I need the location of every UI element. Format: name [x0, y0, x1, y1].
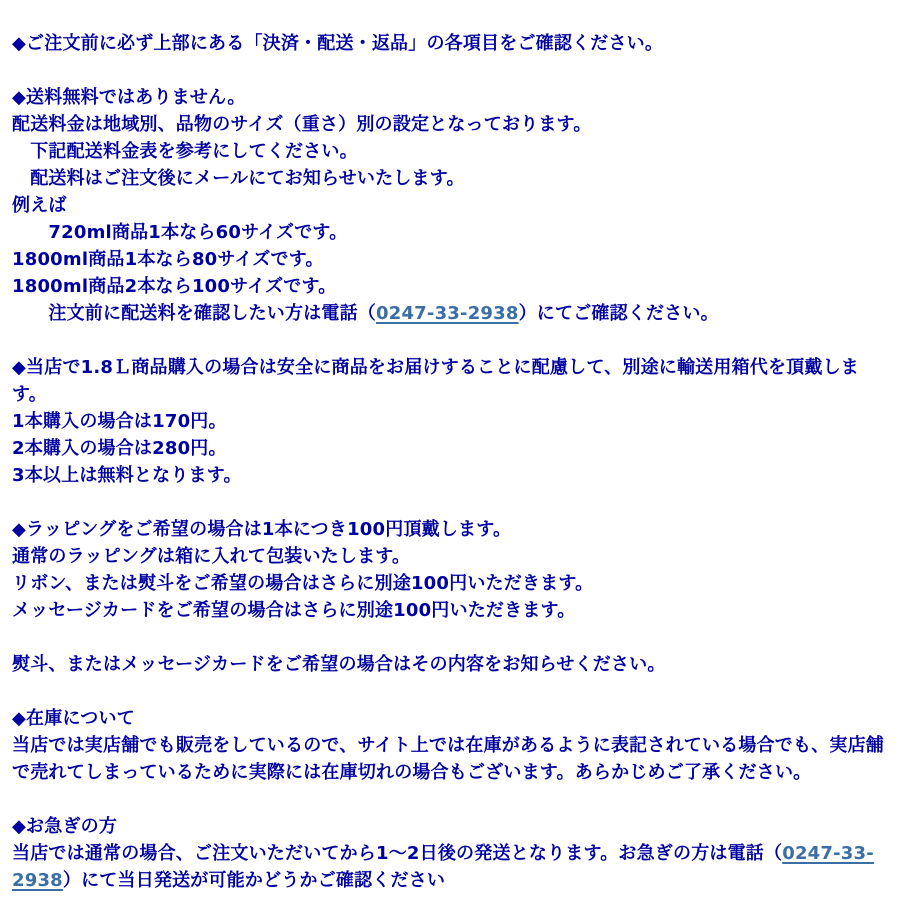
- text-segment: ◆在庫について: [12, 708, 135, 729]
- text-line: メッセージカードをご希望の場合はさらに別途100円いただきます。: [12, 597, 888, 624]
- text-segment: ◆ラッピングをご希望の場合は1本につき100円頂戴します。: [12, 519, 511, 540]
- paragraph-wrapping: ◆ラッピングをご希望の場合は1本につき100円頂戴します。通常のラッピングは箱に…: [12, 516, 888, 624]
- text-segment: 通常のラッピングは箱に入れて包装いたします。: [12, 546, 410, 567]
- text-segment: 注文前に配送料を確認したい方は電話（: [12, 303, 376, 324]
- text-line: 当店では実店舗でも販売をしているので、サイト上では在庫があるように表記されている…: [12, 732, 888, 786]
- text-segment: 当店では通常の場合、ご注文いただいてから1～2日後の発送となります。お急ぎの方は…: [12, 843, 782, 864]
- text-line: 配送料はご注文後にメールにてお知らせいたします。: [12, 165, 888, 192]
- text-segment: 720ml商品1本なら60サイズです。: [12, 222, 347, 243]
- text-line: 3本以上は無料となります。: [12, 462, 888, 489]
- paragraph-rush-orders: ◆お急ぎの方当店では通常の場合、ご注文いただいてから1～2日後の発送となります。…: [12, 813, 888, 894]
- text-segment: ）にて当日発送が可能かどうかご確認ください: [63, 870, 445, 891]
- paragraph-noshi-message-note: 熨斗、またはメッセージカードをご希望の場合はその内容をお知らせください。: [12, 651, 888, 678]
- paragraph-confirm-sections: ◆ご注文前に必ず上部にある「決済・配送・返品」の各項目をご確認ください。: [12, 30, 888, 57]
- text-line: 熨斗、またはメッセージカードをご希望の場合はその内容をお知らせください。: [12, 651, 888, 678]
- text-line: ◆ご注文前に必ず上部にある「決済・配送・返品」の各項目をご確認ください。: [12, 30, 888, 57]
- text-segment: 下記配送料金表を参考にしてください。: [12, 141, 358, 162]
- text-segment: リボン、または熨斗をご希望の場合はさらに別途100円いただきます。: [12, 573, 593, 594]
- text-segment: 配送料金は地域別、品物のサイズ（重さ）別の設定となっております。: [12, 114, 592, 135]
- paragraph-stock-info: ◆在庫について当店では実店舗でも販売をしているので、サイト上では在庫があるように…: [12, 705, 888, 786]
- text-line: 720ml商品1本なら60サイズです。: [12, 219, 888, 246]
- text-segment: ◆送料無料ではありません。: [12, 87, 246, 108]
- text-line: ◆当店で1.8Ｌ商品購入の場合は安全に商品をお届けすることに配慮して、別途に輸送…: [12, 354, 888, 408]
- text-segment: ◆ご注文前に必ず上部にある「決済・配送・返品」の各項目をご確認ください。: [12, 33, 663, 54]
- text-line: リボン、または熨斗をご希望の場合はさらに別途100円いただきます。: [12, 570, 888, 597]
- text-line: 下記配送料金表を参考にしてください。: [12, 138, 888, 165]
- text-line: ◆ラッピングをご希望の場合は1本につき100円頂戴します。: [12, 516, 888, 543]
- text-line: 1800ml商品2本なら100サイズです。: [12, 273, 888, 300]
- text-segment: ◆当店で1.8Ｌ商品購入の場合は安全に商品をお届けすることに配慮して、別途に輸送…: [12, 357, 859, 405]
- phone-link[interactable]: 0247-33-2938: [376, 303, 519, 324]
- text-line: 1800ml商品1本なら80サイズです。: [12, 246, 888, 273]
- text-segment: メッセージカードをご希望の場合はさらに別途100円いただきます。: [12, 600, 575, 621]
- text-segment: ）にてご確認ください。: [519, 303, 719, 324]
- text-line: 通常のラッピングは箱に入れて包装いたします。: [12, 543, 888, 570]
- text-line: 例えば: [12, 192, 888, 219]
- text-segment: 配送料はご注文後にメールにてお知らせいたします。: [12, 168, 465, 189]
- text-segment: 2本購入の場合は280円。: [12, 438, 227, 459]
- store-notice: ◆ご注文前に必ず上部にある「決済・配送・返品」の各項目をご確認ください。◆送料無…: [0, 0, 900, 894]
- text-segment: 1本購入の場合は170円。: [12, 411, 227, 432]
- text-line: 1本購入の場合は170円。: [12, 408, 888, 435]
- text-line: 注文前に配送料を確認したい方は電話（0247-33-2938）にてご確認ください…: [12, 300, 888, 327]
- paragraph-box-fee: ◆当店で1.8Ｌ商品購入の場合は安全に商品をお届けすることに配慮して、別途に輸送…: [12, 354, 888, 489]
- text-segment: 熨斗、またはメッセージカードをご希望の場合はその内容をお知らせください。: [12, 654, 666, 675]
- text-line: 配送料金は地域別、品物のサイズ（重さ）別の設定となっております。: [12, 111, 888, 138]
- text-segment: ◆お急ぎの方: [12, 816, 117, 837]
- text-segment: 1800ml商品1本なら80サイズです。: [12, 249, 324, 270]
- text-segment: 例えば: [12, 195, 67, 216]
- text-segment: 当店では実店舗でも販売をしているので、サイト上では在庫があるように表記されている…: [12, 735, 884, 783]
- text-line: 2本購入の場合は280円。: [12, 435, 888, 462]
- text-line: ◆在庫について: [12, 705, 888, 732]
- text-line: ◆お急ぎの方: [12, 813, 888, 840]
- text-segment: 1800ml商品2本なら100サイズです。: [12, 276, 336, 297]
- paragraph-shipping-fee: ◆送料無料ではありません。配送料金は地域別、品物のサイズ（重さ）別の設定となって…: [12, 84, 888, 327]
- text-line: 当店では通常の場合、ご注文いただいてから1～2日後の発送となります。お急ぎの方は…: [12, 840, 888, 894]
- text-segment: 3本以上は無料となります。: [12, 465, 242, 486]
- text-line: ◆送料無料ではありません。: [12, 84, 888, 111]
